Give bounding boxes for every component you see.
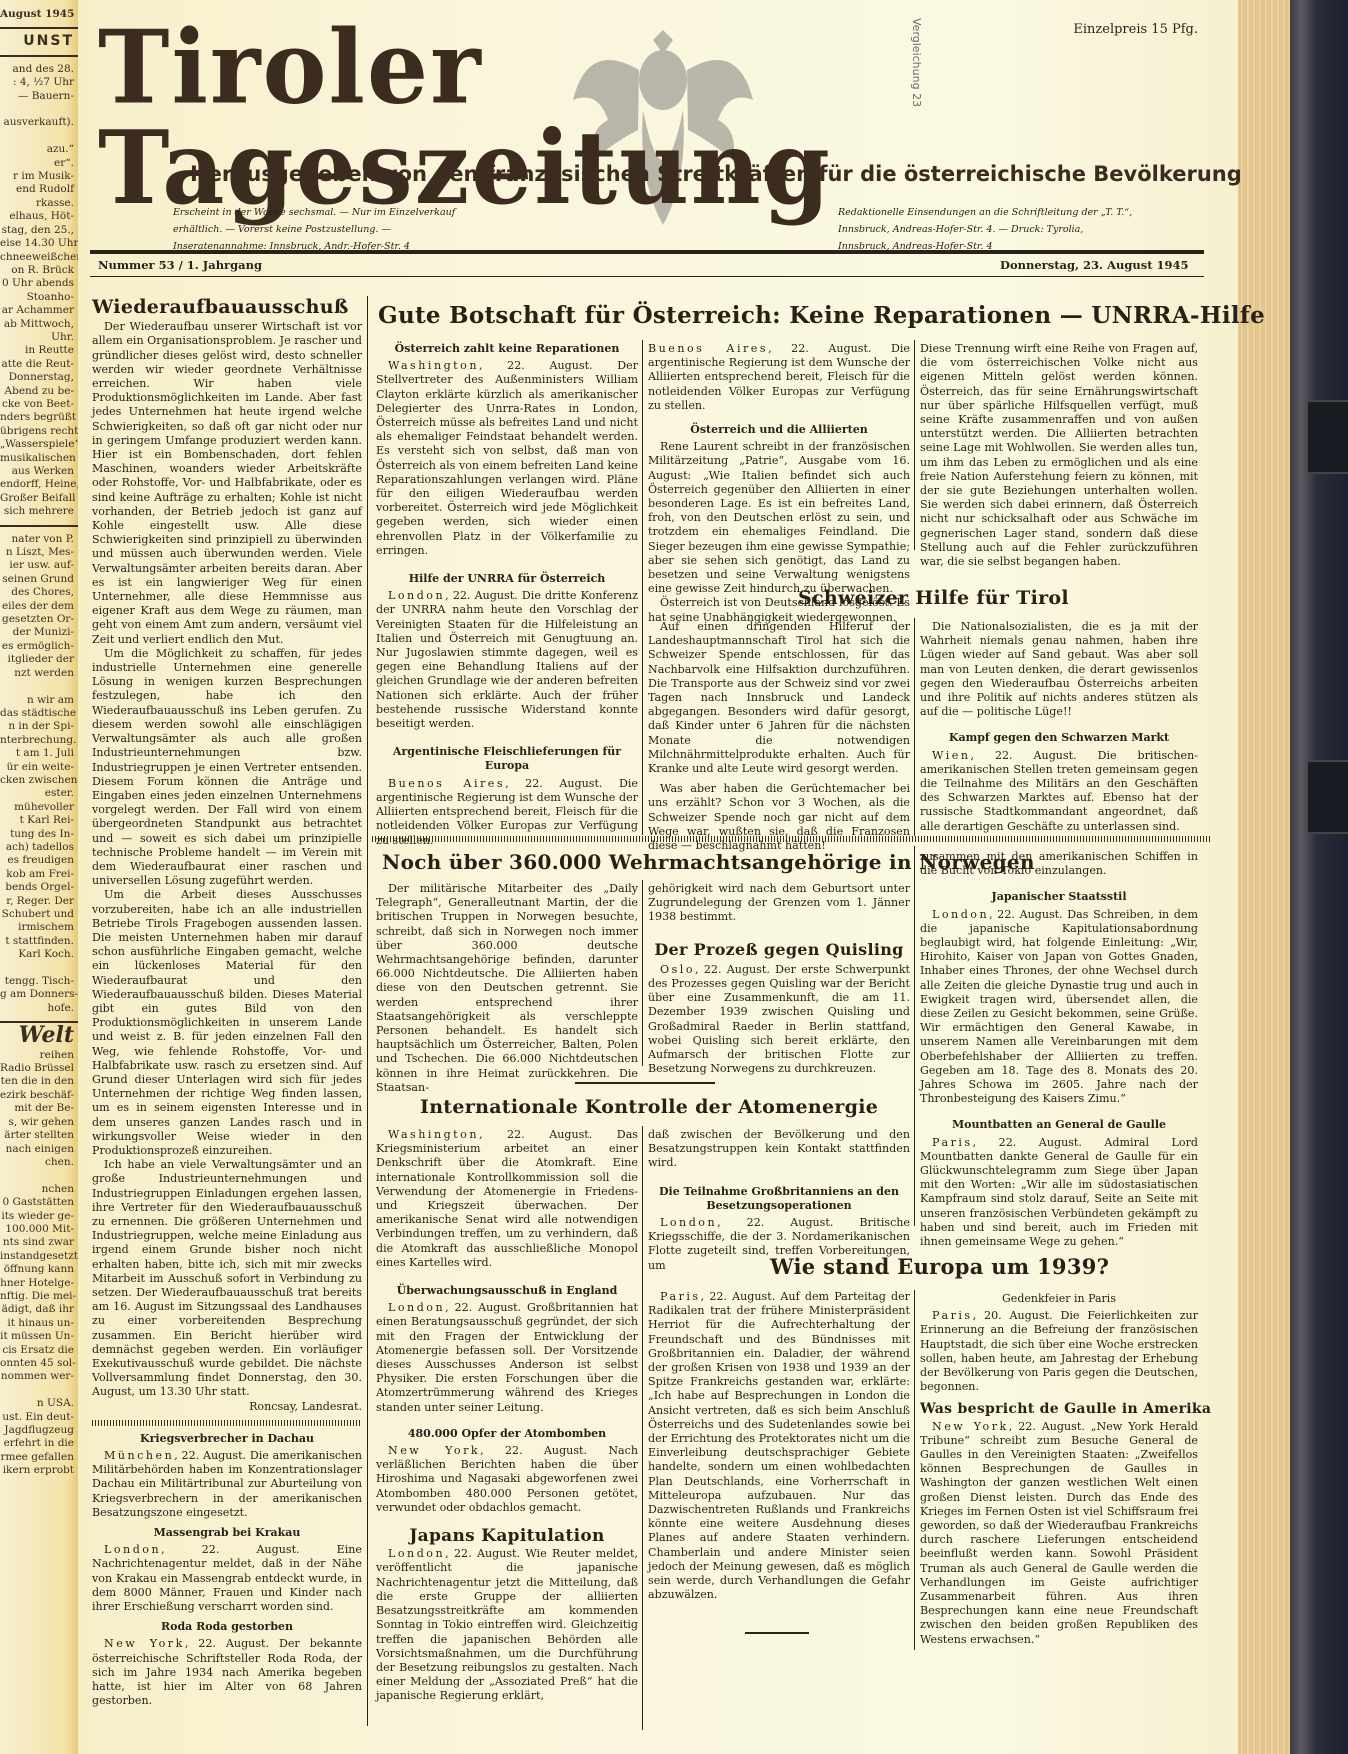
newspaper-title: Tiroler Tageszeitung <box>98 17 1218 219</box>
date-rule <box>90 276 1204 277</box>
fragment-line: cken zwischen <box>0 774 78 787</box>
headline-quisling: Der Prozeß gegen Quisling <box>648 943 910 957</box>
article-norwegen-col2: gehörigkeit wird nach dem Geburtsort unt… <box>648 882 910 1076</box>
fragment-line: mit der Be- <box>0 1102 78 1115</box>
fragment-line: irmischem <box>0 921 78 934</box>
fragment-line: rkasse. <box>0 197 78 210</box>
fragment-rule <box>0 525 78 527</box>
fragment-line: nach einigen <box>0 1143 78 1156</box>
fragment-line: t stattfinden. <box>0 935 78 948</box>
article-atom-col1: Washington, 22. August. Das Kriegsminist… <box>376 1128 638 1704</box>
fragment-line: nater von P. <box>0 533 78 546</box>
fragment-line: ezirk beschäf- <box>0 1089 78 1102</box>
fragment-line: nzt werden <box>0 667 78 680</box>
fragment-line: ausverkauft). <box>0 116 78 129</box>
fragment-line: — Bauern- <box>0 90 78 103</box>
fragment-line: elhaus, Höt- <box>0 210 78 223</box>
fragment-line: s, wir gehen <box>0 1116 78 1129</box>
headline-schweiz: Schweizer Hilfe für Tirol <box>798 587 1069 609</box>
fragment-line: cke von Beet- <box>0 398 78 411</box>
fragment-line: atte die Reut- <box>0 358 78 371</box>
headline-europa: Wie stand Europa um 1939? <box>770 1254 1109 1279</box>
fragment-line: übrigens recht <box>0 425 78 438</box>
subheadline: 480.000 Opfer der Atombomben <box>376 1427 638 1441</box>
binding-strap <box>1308 760 1348 834</box>
fragment-line: er“. <box>0 157 78 170</box>
dateline: Washington <box>388 359 479 372</box>
fragment-line: ach) tadellos <box>0 841 78 854</box>
fragment-line: its wieder ge- <box>0 1210 78 1223</box>
subheadline: Überwachungsausschuß in England <box>376 1284 638 1298</box>
headline-botschaft: Gute Botschaft für Österreich: Keine Rep… <box>378 302 1265 329</box>
fragment-line: sich mehrere <box>0 505 78 518</box>
subheadline: Österreich und die Alliierten <box>648 423 910 437</box>
short-rule <box>745 1632 809 1634</box>
subheadline: Die Teilnahme Großbritanniens an den Bes… <box>648 1185 910 1213</box>
subheadline: Kriegsverbrecher in Dachau <box>92 1432 362 1446</box>
article-botschaft-col2: Buenos Aires, 22. August. Die argentinis… <box>648 342 910 625</box>
dateline: London <box>660 1216 717 1229</box>
headline-atom: Internationale Kontrolle der Atomenergie <box>420 1096 878 1118</box>
article-schweiz-col2: Die Nationalsozialisten, die es ja mit d… <box>920 620 1198 834</box>
short-rule <box>575 1082 715 1084</box>
fragment-line: ust. Ein deut- <box>0 1411 78 1424</box>
paragraph: Die Nationalsozialisten, die es ja mit d… <box>920 620 1198 719</box>
fragment-line: Karl Koch. <box>0 948 78 961</box>
article-norwegen-col1: Der militärische Mitarbeiter des „Daily … <box>376 882 638 1095</box>
paragraph: Paris, 22. August. Admiral Lord Mountbat… <box>920 1136 1198 1250</box>
dateline: Oslo <box>660 963 695 976</box>
article-tokio: zusammen mit den amerikanischen Schiffen… <box>920 850 1198 1249</box>
dateline: München <box>104 1449 174 1462</box>
publication-notes: Erscheint in der Woche sechsmal. — Nur i… <box>173 204 483 255</box>
column-rule <box>367 296 368 1726</box>
paragraph: München, 22. August. Die amerikanischen … <box>92 1449 362 1520</box>
dateline: London <box>388 1301 445 1314</box>
section-divider <box>372 836 1212 842</box>
paragraph: London, 22. August. Die dritte Konferenz… <box>376 589 638 731</box>
fragment-line <box>0 103 78 116</box>
column-rule <box>642 1126 643 1730</box>
book-binding <box>1290 0 1348 1754</box>
paragraph: Der militärische Mitarbeiter des „Daily … <box>376 882 638 1095</box>
subheadline: Roda Roda gestorben <box>92 1620 362 1634</box>
fragment-line: eiles der dem <box>0 600 78 613</box>
article-europa-col1: Paris, 22. August. Auf dem Parteitag der… <box>648 1290 910 1602</box>
fragment-line: azu.“ <box>0 143 78 156</box>
article-wiederaufbau: Wiederaufbauausschuß Der Wiederaufbau un… <box>92 300 362 1709</box>
fragment-line: in Reutte <box>0 344 78 357</box>
subheadline: Mountbatten an General de Gaulle <box>920 1118 1198 1132</box>
fragment-line: nders begrüßt <box>0 411 78 424</box>
paragraph: gehörigkeit wird nach dem Geburtsort unt… <box>648 882 910 925</box>
dateline: New York <box>104 1637 185 1650</box>
fragment-line: ab Mittwoch, <box>0 318 78 331</box>
fragment-section: UNST <box>0 35 78 48</box>
fragment-line: ärter stellten <box>0 1129 78 1142</box>
previous-page-fragment: August 1945 UNST and des 28.: 4, ½7 Uhr—… <box>0 0 78 1754</box>
fragment-line: Abend zu be- <box>0 385 78 398</box>
fragment-line: rmee gefallen <box>0 1451 78 1464</box>
headline-japan: Japans Kapitulation <box>376 1529 638 1543</box>
fragment-line: nftig. Die mei- <box>0 1290 78 1303</box>
fragment-line: ester. <box>0 787 78 800</box>
masthead: Tiroler Tageszeitung Einzelpreis 15 Pfg.… <box>78 0 1218 262</box>
paragraph: New York, 22. August. Der bekannte öster… <box>92 1637 362 1708</box>
fragment-line: ar Achammer <box>0 304 78 317</box>
fragment-line: öffnung kann <box>0 1263 78 1276</box>
paragraph: Washington, 22. August. Das Kriegsminist… <box>376 1128 638 1270</box>
paragraph: New York, 22. August. Nach verläßlichen … <box>376 1444 638 1515</box>
issue-date: Donnerstag, 23. August 1945 <box>1000 258 1189 272</box>
paragraph: daß zwischen der Bevölkerung und den Bes… <box>648 1128 910 1171</box>
fragment-line: tung des In- <box>0 828 78 841</box>
fragment-line: 0 Uhr abends <box>0 277 78 290</box>
paragraph: Diese Trennung wirft eine Reihe von Frag… <box>920 342 1198 569</box>
fragment-line: n Liszt, Mes- <box>0 546 78 559</box>
fragment-line: ten die in den <box>0 1075 78 1088</box>
fragment-line: t Karl Rei- <box>0 814 78 827</box>
paragraph: Buenos Aires, 22. August. Die argentinis… <box>648 342 910 413</box>
fragment-line: Uhr. <box>0 331 78 344</box>
fragment-line: reihen <box>0 1049 78 1062</box>
dateline: New York <box>932 1420 1009 1433</box>
fragment-line: and des 28. <box>0 63 78 76</box>
fragment-line: musikalischen <box>0 452 78 465</box>
fragment-line: des Chores, <box>0 586 78 599</box>
fragment-line: tengg. Tisch- <box>0 975 78 988</box>
single-price: Einzelpreis 15 Pfg. <box>1073 22 1198 37</box>
subheadline: Argentinische Fleischlieferungen für Eur… <box>376 745 638 773</box>
fragment-line: erfehrt in die <box>0 1437 78 1450</box>
headline-gaulle: Was bespricht de Gaulle in Amerika <box>920 1402 1198 1416</box>
fragment-line: nts sind zwar <box>0 1236 78 1249</box>
fragment-lines-welt: reihenRadio Brüsselten die in denezirk b… <box>0 1049 78 1478</box>
fragment-line: on R. Brück <box>0 264 78 277</box>
fragment-line <box>0 1169 78 1182</box>
column-rule <box>914 846 915 1226</box>
fragment-line: nterbrechung. <box>0 734 78 747</box>
fragment-line: itglieder der <box>0 653 78 666</box>
fragment-line: nchen <box>0 1183 78 1196</box>
paragraph: Wien, 22. August. Die britischen-amerika… <box>920 749 1198 834</box>
fragment-lines-top: and des 28.: 4, ½7 Uhr— Bauern- ausverka… <box>0 63 78 170</box>
fragment-line: 0 Gaststätten <box>0 1196 78 1209</box>
fragment-line <box>0 962 78 975</box>
editorial-notes: Redaktionelle Einsendungen an die Schrif… <box>838 204 1138 255</box>
article-botschaft-col3: Diese Trennung wirft eine Reihe von Frag… <box>920 342 1198 569</box>
fragment-line: r, Reger. Der <box>0 895 78 908</box>
fragment-lines-mid: r im Musik-end Rudolfrkasse.elhaus, Höt-… <box>0 170 78 519</box>
fragment-line: r im Musik- <box>0 170 78 183</box>
fragment-line: eise 14.30 Uhr <box>0 237 78 250</box>
fragment-line: der Munizi- <box>0 626 78 639</box>
section-divider <box>92 1420 362 1426</box>
page-edges <box>1238 0 1290 1754</box>
fragment-line: aus Werken <box>0 465 78 478</box>
subheadline: Japanischer Staatsstil <box>920 890 1198 904</box>
fragment-lines-low: nater von P.n Liszt, Mes-ier usw. auf-se… <box>0 533 78 1016</box>
fragment-line: Radio Brüssel <box>0 1062 78 1075</box>
article-atom-col2: daß zwischen der Bevölkerung und den Bes… <box>648 1128 910 1273</box>
fragment-line: bends Orgel- <box>0 881 78 894</box>
newspaper-subtitle: Herausgegeben von den französischen Stre… <box>190 162 1242 186</box>
article-schweiz-col1: Auf einen dringenden Hilferuf der Landes… <box>648 620 910 853</box>
paragraph: Auf einen dringenden Hilferuf der Landes… <box>648 620 910 776</box>
dateline: Paris <box>932 1309 973 1322</box>
fragment-line: n USA. <box>0 1397 78 1410</box>
paragraph: Um die Möglichkeit zu schaffen, für jede… <box>92 647 362 888</box>
fragment-line: Jagdflugzeug <box>0 1424 78 1437</box>
paragraph: London, 22. August. Großbritannien hat e… <box>376 1301 638 1415</box>
paragraph: Oslo, 22. August. Der erste Schwerpunkt … <box>648 963 910 1077</box>
fragment-line: ier usw. auf- <box>0 559 78 572</box>
signature: Roncsay, Landesrat. <box>92 1400 362 1414</box>
paragraph: London, 22. August. Das Schreiben, in de… <box>920 908 1198 1107</box>
fragment-line: nommen wer- <box>0 1370 78 1383</box>
fragment-line: kob am Frei- <box>0 868 78 881</box>
paragraph: Ich habe an viele Verwaltungsämter und a… <box>92 1158 362 1399</box>
fragment-line: endorff, Heine, <box>0 478 78 491</box>
subheadline: Hilfe der UNRRA für Österreich <box>376 572 638 586</box>
paragraph: London, 22. August. Wie Reuter meldet, v… <box>376 1547 638 1703</box>
fragment-line: Großer Beifall <box>0 492 78 505</box>
archive-stamp: Vergleichung 23 <box>910 18 923 107</box>
dateline: Paris <box>660 1290 701 1303</box>
paragraph: Paris, 20. August. Die Feierlichkeiten z… <box>920 1309 1198 1394</box>
paragraph: Um die Arbeit dieses Ausschusses vorzube… <box>92 888 362 1158</box>
column-rule <box>914 340 915 550</box>
fragment-line: end Rudolf <box>0 183 78 196</box>
fragment-line: stag, den 25., <box>0 224 78 237</box>
dateline: London <box>388 1547 445 1560</box>
dateline: Buenos Aires <box>388 777 505 790</box>
fragment-line: das städtische <box>0 707 78 720</box>
fragment-line: „Wasserspiele“ <box>0 438 78 451</box>
subheadline: Österreich zahlt keine Reparationen <box>376 342 638 356</box>
headline: Wiederaufbauausschuß <box>92 300 362 314</box>
fragment-line: es ermöglich- <box>0 640 78 653</box>
fragment-line: es freudigen <box>0 854 78 867</box>
fragment-rule <box>0 27 78 29</box>
fragment-line: instandgesetzt <box>0 1250 78 1263</box>
paragraph: London, 22. August. Eine Nachrichtenagen… <box>92 1543 362 1614</box>
article-europa-col2: Gedenkfeier in Paris Paris, 20. August. … <box>920 1292 1198 1647</box>
fragment-line: chen. <box>0 1156 78 1169</box>
masthead-rule <box>90 250 1204 254</box>
fragment-line: mühevoller <box>0 801 78 814</box>
fragment-line: : 4, ½7 Uhr <box>0 76 78 89</box>
fragment-line <box>0 130 78 143</box>
subheadline: Kampf gegen den Schwarzen Markt <box>920 731 1198 745</box>
column-rule <box>642 340 643 835</box>
fragment-line <box>0 1384 78 1397</box>
fragment-line: g am Donners- <box>0 988 78 1001</box>
fragment-line: Stoanho- <box>0 291 78 304</box>
fragment-line: cis Ersatz die <box>0 1344 78 1357</box>
fragment-line: hner Hotelge- <box>0 1277 78 1290</box>
fragment-line: 100.000 Mit- <box>0 1223 78 1236</box>
fragment-line: hofe. <box>0 1002 78 1015</box>
dateline: Wien <box>932 749 970 762</box>
fragment-date: August 1945 <box>0 8 78 21</box>
article-botschaft-col1: Österreich zahlt keine Reparationen Wash… <box>376 342 638 848</box>
issue-number: Nummer 53 / 1. Jahrgang <box>98 258 262 272</box>
fragment-line: it hinaus un- <box>0 1317 78 1330</box>
fragment-line: n in der Spi- <box>0 720 78 733</box>
dateline: Paris <box>932 1136 973 1149</box>
column-rule <box>914 618 915 836</box>
fragment-line <box>0 680 78 693</box>
fragment-line: seinen Grund <box>0 573 78 586</box>
fragment-line: onnten 45 sol- <box>0 1357 78 1370</box>
paragraph: Paris, 22. August. Auf dem Parteitag der… <box>648 1290 910 1602</box>
paragraph: Rene Laurent schreibt in der französisch… <box>648 440 910 596</box>
fragment-line: gesetzten Or- <box>0 613 78 626</box>
dateline: Washington <box>388 1128 479 1141</box>
dateline: London <box>104 1543 161 1556</box>
fragment-line: n wir am <box>0 694 78 707</box>
fragment-line: ikern erprobt <box>0 1464 78 1477</box>
binding-strap <box>1308 400 1348 474</box>
fragment-section-welt: Welt <box>0 1029 78 1042</box>
subheadline: Gedenkfeier in Paris <box>920 1292 1198 1306</box>
column-rule <box>642 880 643 1066</box>
fragment-line: Donnerstag, <box>0 371 78 384</box>
paragraph: Was aber haben die Gerüchtemacher bei un… <box>648 782 910 853</box>
fragment-line: it müssen Un- <box>0 1330 78 1343</box>
paragraph: Washington, 22. August. Der Stellvertret… <box>376 359 638 558</box>
fragment-line: ür ein weite- <box>0 761 78 774</box>
paragraph: Der Wiederaufbau unserer Wirtschaft ist … <box>92 320 362 647</box>
fragment-line: chneeweißchen <box>0 251 78 264</box>
paragraph: zusammen mit den amerikanischen Schiffen… <box>920 850 1198 878</box>
fragment-line: ädigt, daß ihr <box>0 1303 78 1316</box>
dateline: Buenos Aires <box>648 342 768 355</box>
column-rule <box>914 1290 915 1650</box>
fragment-line: t am 1. Juli <box>0 747 78 760</box>
dateline: New York <box>388 1444 480 1457</box>
dateline: London <box>388 589 445 602</box>
dateline: London <box>932 908 989 921</box>
fragment-rule <box>0 55 78 57</box>
fragment-line: Schubert und <box>0 908 78 921</box>
paragraph: New York, 22. August. „New York Herald T… <box>920 1420 1198 1647</box>
subheadline: Massengrab bei Krakau <box>92 1526 362 1540</box>
